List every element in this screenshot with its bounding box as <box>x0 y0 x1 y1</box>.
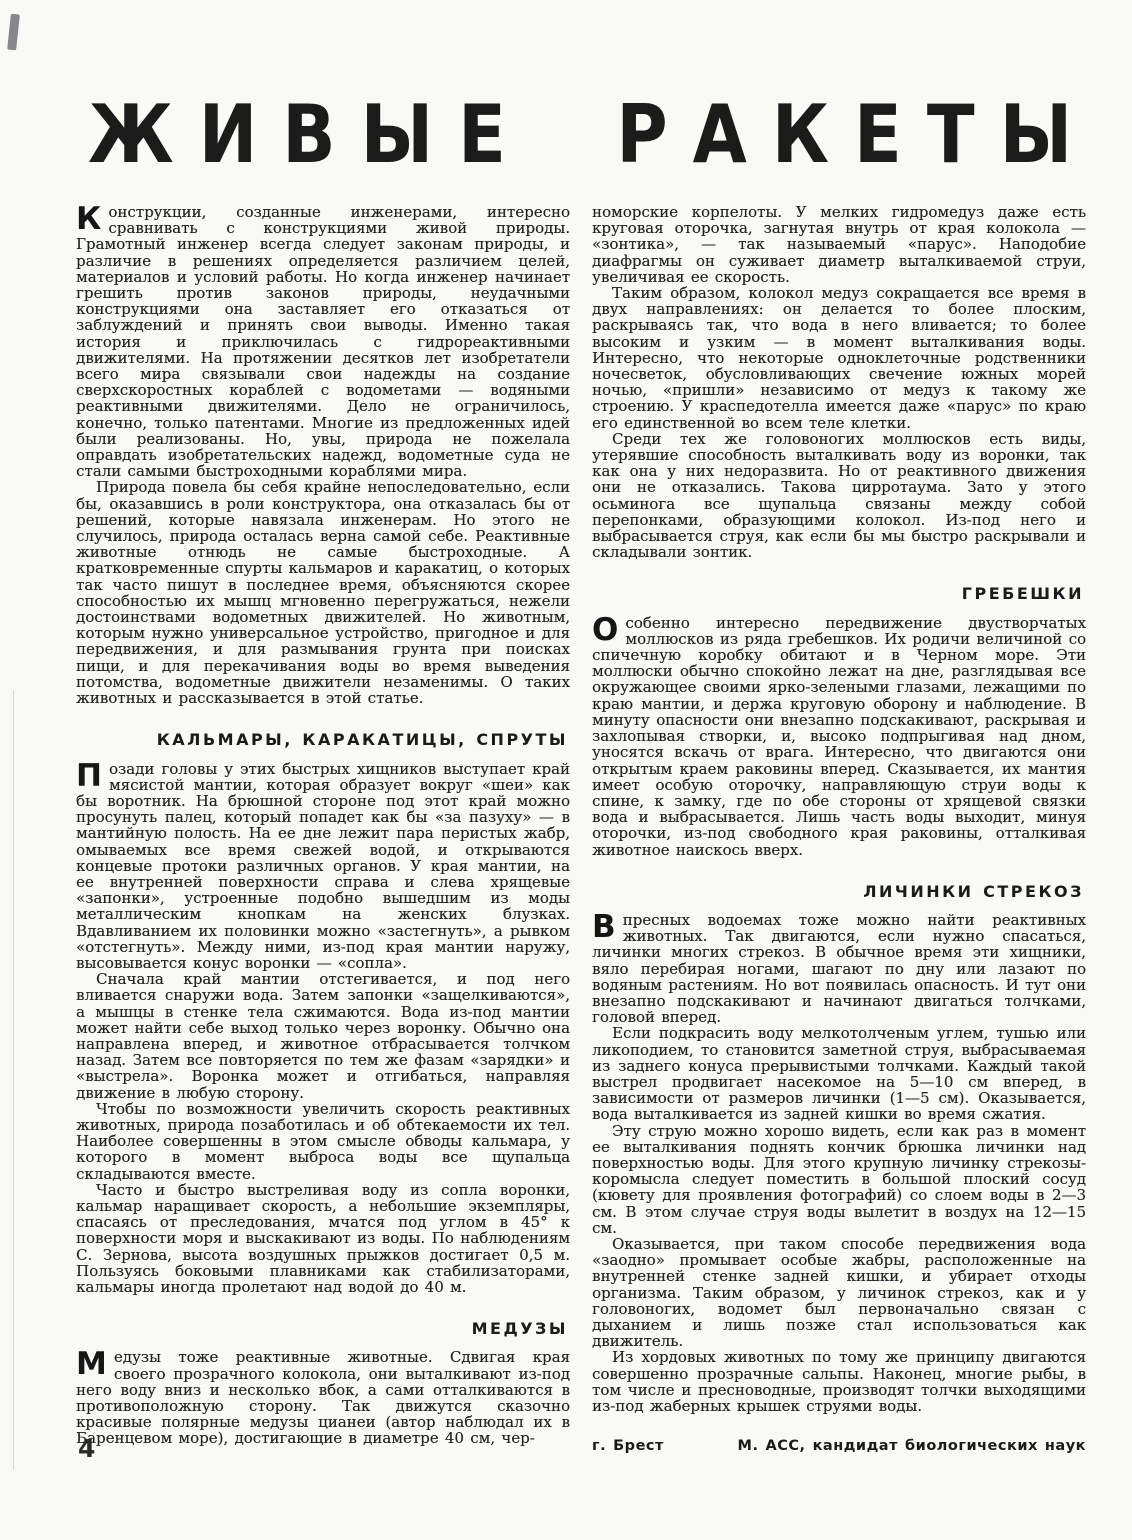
section-heading-jellyfish: МЕДУЗЫ <box>76 1321 568 1337</box>
paragraph-nature: Природа повела бы себя крайне непоследов… <box>76 479 570 706</box>
dropcap-v: В <box>592 914 616 941</box>
paragraph-mantle: Позади головы у этих быстрых хищников вы… <box>76 761 570 972</box>
paragraph-cirrothauma: Среди тех же головоногих моллюсков есть … <box>592 431 1086 561</box>
footer-byline: М. АСС, кандидат биологических наук <box>738 1438 1086 1454</box>
paragraph-text: пресных водоемах тоже можно найти реакти… <box>592 911 1086 1026</box>
paragraph-text: онструкции, созданные инженерами, интере… <box>76 203 570 480</box>
page-number: 4 <box>78 1434 95 1463</box>
left-column: Конструкции, созданные инженерами, интер… <box>76 204 570 1454</box>
section-heading-scallops: ГРЕБЕШКИ <box>592 586 1084 602</box>
paragraph-bell-contraction: Таким образом, колокол медуз сокращается… <box>592 285 1086 431</box>
paragraph-jellyfish: Медузы тоже реактивные животные. Сдвигая… <box>76 1349 570 1446</box>
paragraph-squid-jumps: Часто и быстро выстреливая воду из сопла… <box>76 1182 570 1295</box>
text-columns: Конструкции, созданные инженерами, интер… <box>76 204 1086 1454</box>
paragraph-streamline: Чтобы по возможности увеличить скорость … <box>76 1101 570 1182</box>
paragraph-jet-experiment: Эту струю можно хорошо видеть, если как … <box>592 1123 1086 1236</box>
dropcap-o: О <box>592 617 618 644</box>
paragraph-jellyfish-cont: номорские корпелоты. У мелких гидромедуз… <box>592 204 1086 285</box>
magazine-page: ЖИВЫЕ РАКЕТЫ Конструкции, созданные инже… <box>0 0 1132 1540</box>
right-column: номорские корпелоты. У мелких гидромедуз… <box>592 204 1086 1454</box>
paragraph-gills: Оказывается, при таком способе передвиже… <box>592 1236 1086 1349</box>
dropcap-k: К <box>76 206 101 233</box>
paragraph-scallops: Особенно интересно передвижение двуствор… <box>592 615 1086 858</box>
paragraph-salps-fish: Из хордовых животных по тому же принципу… <box>592 1349 1086 1414</box>
article-title: ЖИВЫЕ РАКЕТЫ <box>88 88 1086 181</box>
article-footer: г. Брест М. АСС, кандидат биологических … <box>592 1438 1086 1454</box>
paragraph-funnel: Сначала край мантии отстегивается, и под… <box>76 971 570 1101</box>
dropcap-m: М <box>76 1351 107 1378</box>
paragraph-text: собенно интересно передвижение двустворч… <box>592 614 1086 859</box>
paragraph-text: озади головы у этих быстрых хищников выс… <box>76 760 570 972</box>
footer-location: г. Брест <box>592 1438 664 1454</box>
paragraph-intro: Конструкции, созданные инженерами, интер… <box>76 204 570 479</box>
paragraph-text: едузы тоже реактивные животные. Сдвигая … <box>76 1348 570 1447</box>
paragraph-larvae: Впресных водоемах тоже можно найти реакт… <box>592 912 1086 1025</box>
section-heading-squids: КАЛЬМАРЫ, КАРАКАТИЦЫ, СПРУТЫ <box>76 732 568 748</box>
section-heading-dragonfly-larvae: ЛИЧИНКИ СТРЕКОЗ <box>592 884 1084 900</box>
paragraph-ink-jet: Если подкрасить воду мелкотолченым углем… <box>592 1025 1086 1122</box>
dropcap-p: П <box>76 763 102 790</box>
